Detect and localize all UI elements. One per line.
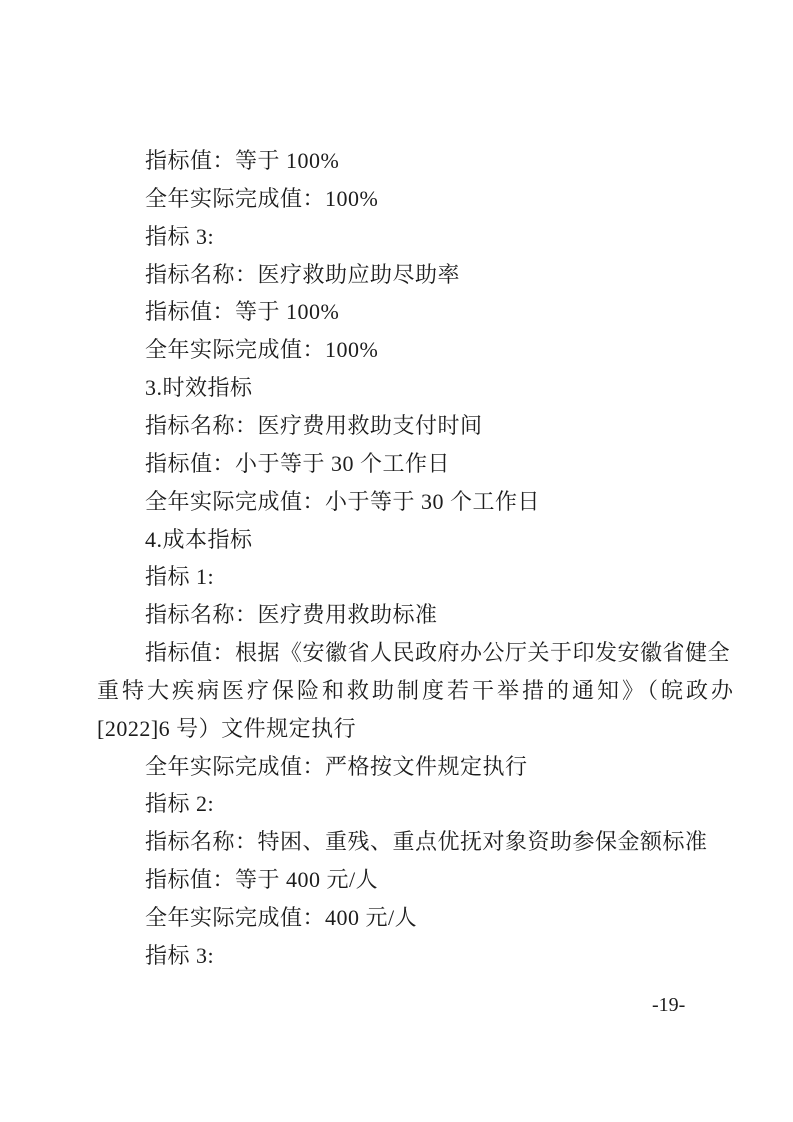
document-page: 指标值：等于 100% 全年实际完成值：100% 指标 3: 指标名称：医疗救助… bbox=[0, 0, 793, 1122]
document-line: 指标 3: bbox=[145, 943, 214, 969]
page-number: -19- bbox=[652, 994, 685, 1016]
document-line: 指标值：根据《安徽省人民政府办公厅关于印发安徽省健全 bbox=[145, 640, 730, 666]
document-line: 全年实际完成值：400 元/人 bbox=[145, 905, 417, 931]
document-line: 指标值：等于 100% bbox=[145, 148, 339, 174]
document-line: 指标名称：特困、重残、重点优抚对象资助参保金额标准 bbox=[145, 829, 708, 855]
document-line: 指标值：等于 100% bbox=[145, 299, 339, 325]
document-line: 指标值：等于 400 元/人 bbox=[145, 867, 378, 893]
document-line: 指标 3: bbox=[145, 224, 214, 250]
document-line: 全年实际完成值：严格按文件规定执行 bbox=[145, 754, 528, 780]
document-line: 全年实际完成值：小于等于 30 个工作日 bbox=[145, 489, 540, 515]
document-line: 全年实际完成值：100% bbox=[145, 337, 378, 363]
document-line: 指标值：小于等于 30 个工作日 bbox=[145, 451, 450, 477]
document-line: 重特大疾病医疗保险和救助制度若干举措的通知》（皖政办 bbox=[97, 678, 736, 704]
document-line: 全年实际完成值：100% bbox=[145, 186, 378, 212]
document-line: 4.成本指标 bbox=[145, 527, 253, 553]
document-line: 指标名称：医疗费用救助支付时间 bbox=[145, 413, 483, 439]
document-line: 3.时效指标 bbox=[145, 375, 253, 401]
document-line: 指标 1: bbox=[145, 564, 214, 590]
document-line: 指标名称：医疗费用救助标准 bbox=[145, 602, 438, 628]
document-line: [2022]6 号）文件规定执行 bbox=[97, 716, 356, 742]
document-line: 指标 2: bbox=[145, 791, 214, 817]
document-line: 指标名称：医疗救助应助尽助率 bbox=[145, 262, 460, 288]
